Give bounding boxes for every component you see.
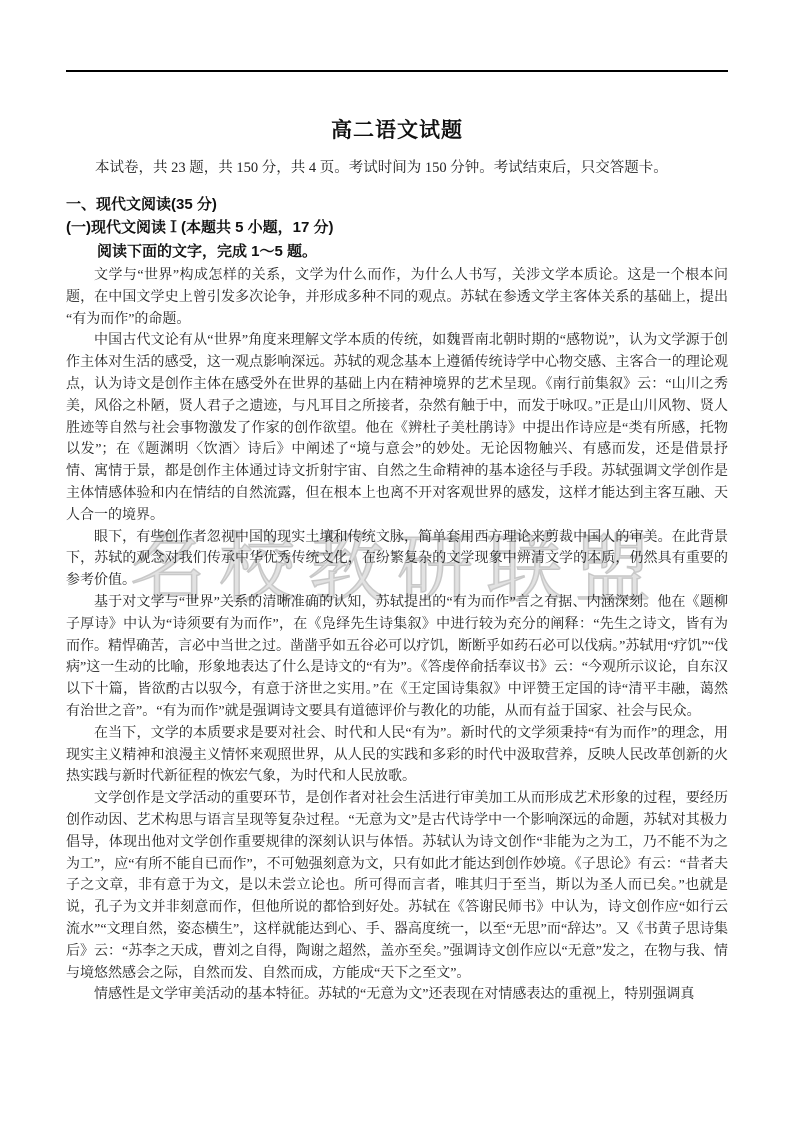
passage-paragraph: 眼下，有些创作者忽视中国的现实土壤和传统文脉，简单套用西方理论来剪裁中国人的审美… <box>66 527 728 592</box>
reading-instruction: 阅读下面的文字，完成 1～5 题。 <box>66 240 728 264</box>
exam-info: 本试卷，共 23 题，共 150 分，共 4 页。考试时间为 150 分钟。考试… <box>66 158 728 178</box>
passage-paragraph: 在当下，文学的本质要求是要对社会、时代和人民“有为”。新时代的文学须秉持“有为而… <box>66 723 728 788</box>
passage-paragraph: 情感性是文学审美活动的基本特征。苏轼的“无意为文”还表现在对情感表达的重视上，特… <box>66 984 728 1006</box>
passage-paragraph: 基于对文学与“世界”关系的清晰准确的认知，苏轼提出的“有为而作”言之有据、内涵深… <box>66 592 728 723</box>
section-heading-modern-reading: 一、现代文阅读(35 分) <box>66 193 728 217</box>
reading-passage: 文学与“世界”构成怎样的关系，文学为什么而作，为什么人书写，关涉文学本质论。这是… <box>66 265 728 1006</box>
passage-paragraph: 文学与“世界”构成怎样的关系，文学为什么而作，为什么人书写，关涉文学本质论。这是… <box>66 265 728 330</box>
exam-page: 名校教研联盟 高二语文试题 本试卷，共 23 题，共 150 分，共 4 页。考… <box>0 0 794 1123</box>
passage-paragraph: 文学创作是文学活动的重要环节，是创作者对社会生活进行审美加工从而形成艺术形象的过… <box>66 788 728 984</box>
section-heading-modern-reading-1: (一)现代文阅读Ⅰ(本题共 5 小题，17 分) <box>66 216 728 240</box>
passage-paragraph: 中国古代文论有从“世界”角度来理解文学本质的传统，如魏晋南北朝时期的“感物说”，… <box>66 330 728 526</box>
page-content: 高二语文试题 本试卷，共 23 题，共 150 分，共 4 页。考试时间为 15… <box>66 70 728 1006</box>
page-title: 高二语文试题 <box>66 117 728 145</box>
top-rule <box>66 70 728 72</box>
